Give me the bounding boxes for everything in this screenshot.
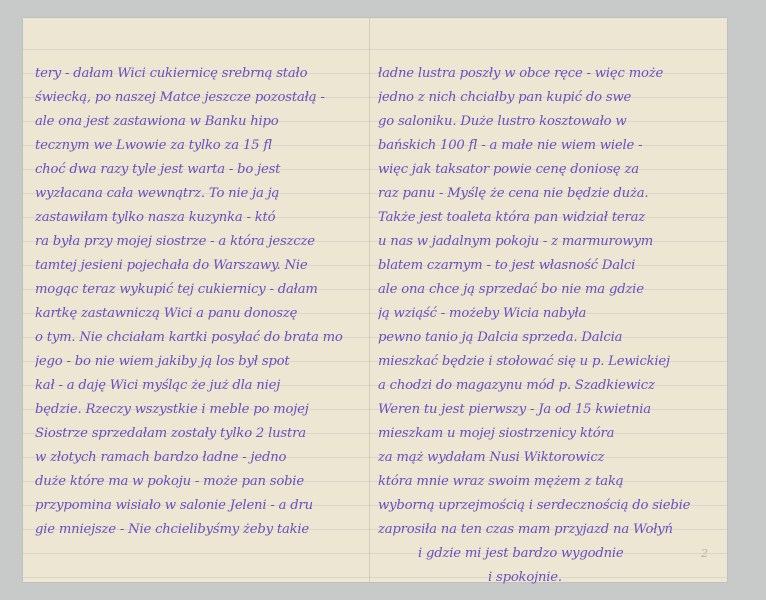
page-number: 2: [701, 547, 708, 560]
text-line: ale ona chce ją sprzedać bo nie ma gdzie: [378, 278, 704, 302]
text-line: kał - a daję Wici myśląc że już dla niej: [35, 374, 361, 398]
text-line: tamtej jesieni pojechała do Warszawy. Ni…: [35, 254, 361, 278]
text-line: choć dwa razy tyle jest warta - bo jest: [35, 158, 361, 182]
text-line: tecznym we Lwowie za tylko za 15 fl: [35, 134, 361, 158]
text-line: mogąc teraz wykupić tej cukiernicy - dał…: [35, 278, 361, 302]
text-line: bańskich 100 fl - a małe nie wiem wiele …: [378, 134, 704, 158]
text-line: blatem czarnym - to jest własność Dalci: [378, 254, 704, 278]
text-line: jedno z nich chciałby pan kupić do swe: [378, 86, 704, 110]
left-page: tery - dałam Wici cukiernicę srebrną sta…: [23, 18, 369, 582]
text-line: i spokojnie.: [378, 566, 704, 590]
text-line: która mnie wraz swoim mężem z taką: [378, 470, 704, 494]
text-line: Siostrze sprzedałam zostały tylko 2 lust…: [35, 422, 361, 446]
text-line: raz panu - Myślę że cena nie będzie duża…: [378, 182, 704, 206]
text-line: przypomina wisiało w salonie Jeleni - a …: [35, 494, 361, 518]
text-line: ale ona jest zastawiona w Banku hipo: [35, 110, 361, 134]
text-line: za mąż wydałam Nusi Wiktorowicz: [378, 446, 704, 470]
text-line: tery - dałam Wici cukiernicę srebrną sta…: [35, 62, 361, 86]
text-line: więc jak taksator powie cenę doniosę za: [378, 158, 704, 182]
text-line: Także jest toaleta która pan widział ter…: [378, 206, 704, 230]
text-line: pewno tanio ją Dalcia sprzeda. Dalcia: [378, 326, 704, 350]
text-line: jego - bo nie wiem jakiby ją los był spo…: [35, 350, 361, 374]
text-line: ją wziąść - możeby Wicia nabyła: [378, 302, 704, 326]
text-line: kartkę zastawniczą Wici a panu donoszę: [35, 302, 361, 326]
text-line: o tym. Nie chciałam kartki posyłać do br…: [35, 326, 361, 350]
right-page: ładne lustra poszły w obce ręce - więc m…: [370, 18, 716, 582]
right-page-text: ładne lustra poszły w obce ręce - więc m…: [378, 62, 704, 590]
text-line: duże które ma w pokoju - może pan sobie: [35, 470, 361, 494]
text-line: będzie. Rzeczy wszystkie i meble po moje…: [35, 398, 361, 422]
text-line: i gdzie mi jest bardzo wygodnie: [378, 542, 704, 566]
text-line: wyzłacana cała wewnątrz. To nie ja ją: [35, 182, 361, 206]
text-line: u nas w jadalnym pokoju - z marmurowym: [378, 230, 704, 254]
text-line: ładne lustra poszły w obce ręce - więc m…: [378, 62, 704, 86]
left-page-text: tery - dałam Wici cukiernicę srebrną sta…: [35, 62, 361, 542]
text-line: świecką, po naszej Matce jeszcze pozosta…: [35, 86, 361, 110]
text-line: mieszkać będzie i stołować się u p. Lewi…: [378, 350, 704, 374]
text-line: ra była przy mojej siostrze - a która je…: [35, 230, 361, 254]
letter-sheet: tery - dałam Wici cukiernicę srebrną sta…: [23, 18, 727, 582]
text-line: gie mniejsze - Nie chcielibyśmy żeby tak…: [35, 518, 361, 542]
text-line: Weren tu jest pierwszy - Ja od 15 kwietn…: [378, 398, 704, 422]
text-line: wyborną uprzejmością i serdecznością do …: [378, 494, 704, 518]
text-line: zastawiłam tylko nasza kuzynka - któ: [35, 206, 361, 230]
text-line: w złotych ramach bardzo ładne - jedno: [35, 446, 361, 470]
text-line: zaprosiła na ten czas mam przyjazd na Wo…: [378, 518, 704, 542]
text-line: go saloniku. Duże lustro kosztowało w: [378, 110, 704, 134]
text-line: a chodzi do magazynu mód p. Szadkiewicz: [378, 374, 704, 398]
text-line: mieszkam u mojej siostrzenicy która: [378, 422, 704, 446]
